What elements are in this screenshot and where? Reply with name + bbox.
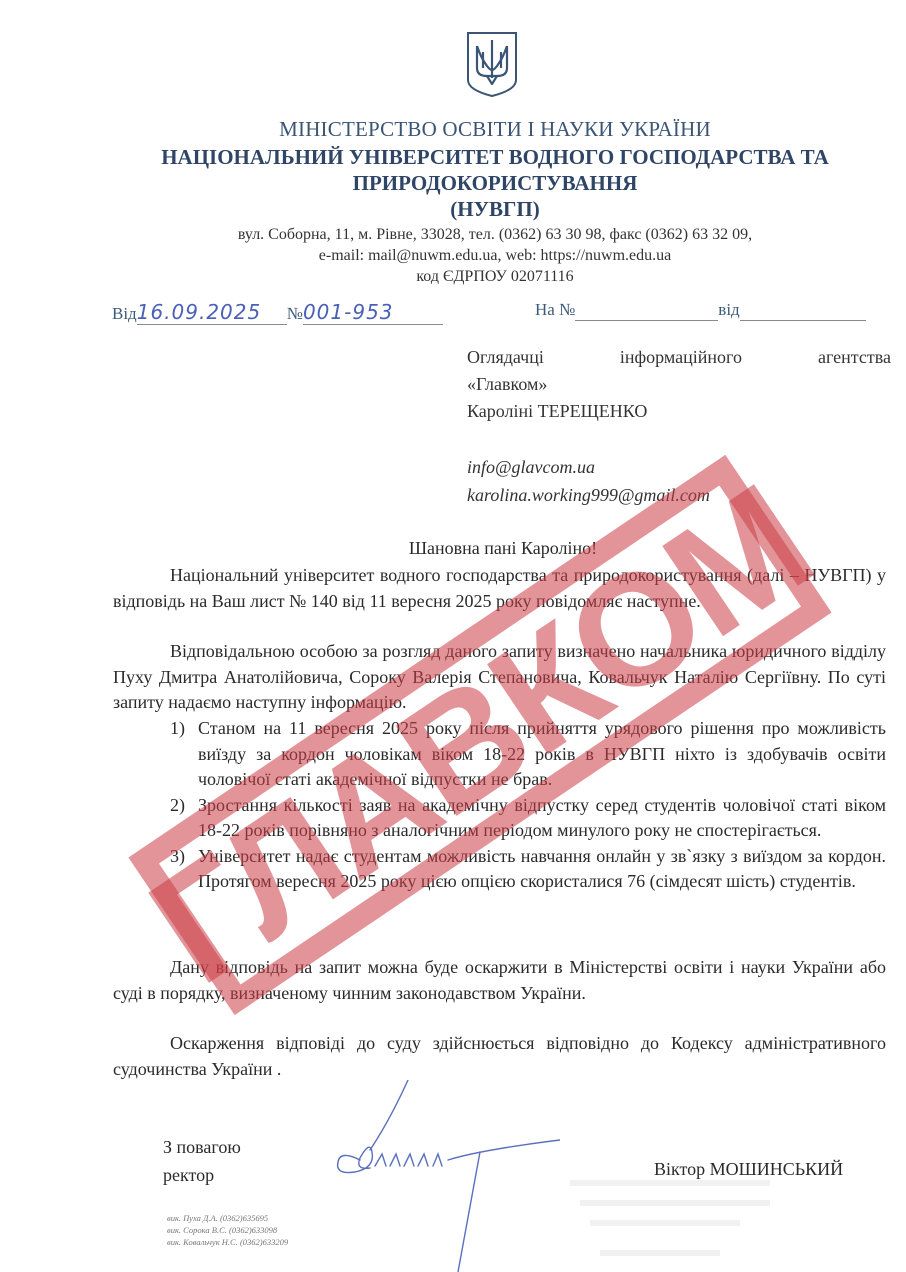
contact-line: вик. Сорока В.С. (0362)633098 [167,1224,288,1236]
incoming-reference: На № від [535,300,866,321]
email-link[interactable]: karolina.working999@gmail.com [467,481,710,509]
reply-from-label: від [718,300,739,319]
executor-contacts: вик. Пуха Д.А. (0362)635695 вик. Сорока … [167,1212,288,1248]
list-item: 2) Зростання кількості заяв на академічн… [170,793,886,844]
email-link[interactable]: info@glavcom.ua [467,453,710,481]
from-label: Від [112,304,137,323]
contact-line: вик. Пуха Д.А. (0362)635695 [167,1212,288,1224]
addressee-word: Оглядачці [467,344,544,371]
paragraph: Національний університет водного господа… [113,563,886,614]
agency-name: «Главком» [467,371,891,398]
addressee-word: агентства [818,344,891,371]
letter-date: 16.09.2025 [137,300,262,324]
contact-line: вик. Ковальчук Н.С. (0362)633209 [167,1236,288,1248]
number-label: № [287,304,303,323]
contact-line: e-mail: mail@nuwm.edu.ua, web: https://n… [100,247,890,265]
paragraph: Оскарження відповіді до суду здійснюєтьс… [113,1031,886,1082]
university-abbreviation: (НУВГП) [100,197,890,222]
letter-number: 001-953 [303,300,394,324]
letter-page: МІНІСТЕРСТВО ОСВІТИ І НАУКИ УКРАЇНИ НАЦІ… [0,0,906,1272]
list-item: 3) Університет надає студентам можливіст… [170,844,886,895]
signer-name: Віктор МОШИНСЬКИЙ [654,1159,843,1180]
recipient-emails: info@glavcom.ua karolina.working999@gmai… [467,453,710,509]
list-item: 1) Станом на 11 вересня 2025 року після … [170,716,886,793]
paragraph: Дану відповідь на запит можна буде оскар… [113,955,886,1006]
salutation: Шановна пані Кароліно! [0,538,906,559]
outgoing-registration: Від16.09.2025№001-953 [112,300,443,325]
paragraph: Відповідальною особою за розгляд даного … [113,639,886,716]
university-name-line1: НАЦІОНАЛЬНИЙ УНІВЕРСИТЕТ ВОДНОГО ГОСПОДА… [100,145,890,170]
information-list: 1) Станом на 11 вересня 2025 року після … [170,716,886,895]
addressee-block: Оглядачці інформаційного агентства «Глав… [467,344,891,425]
signer-position: ректор [163,1161,241,1189]
reply-to-label: На № [535,300,575,319]
address-line: вул. Соборна, 11, м. Рівне, 33028, тел. … [100,226,890,244]
university-name-line2: ПРИРОДОКОРИСТУВАННЯ [100,171,890,196]
ministry-name: МІНІСТЕРСТВО ОСВІТИ І НАУКИ УКРАЇНИ [100,117,890,142]
ukraine-trident-coat-of-arms-icon [465,30,519,98]
recipient-name: Кароліні ТЕРЕЩЕНКО [467,398,891,425]
edrpou-code: код ЄДРПОУ 02071116 [100,268,890,286]
closing-block: З повагою ректор [163,1133,241,1189]
faint-stamp-bleedthrough [560,1175,790,1265]
closing-phrase: З повагою [163,1133,241,1161]
addressee-word: інформаційного [620,344,742,371]
handwritten-signature [330,1080,560,1272]
